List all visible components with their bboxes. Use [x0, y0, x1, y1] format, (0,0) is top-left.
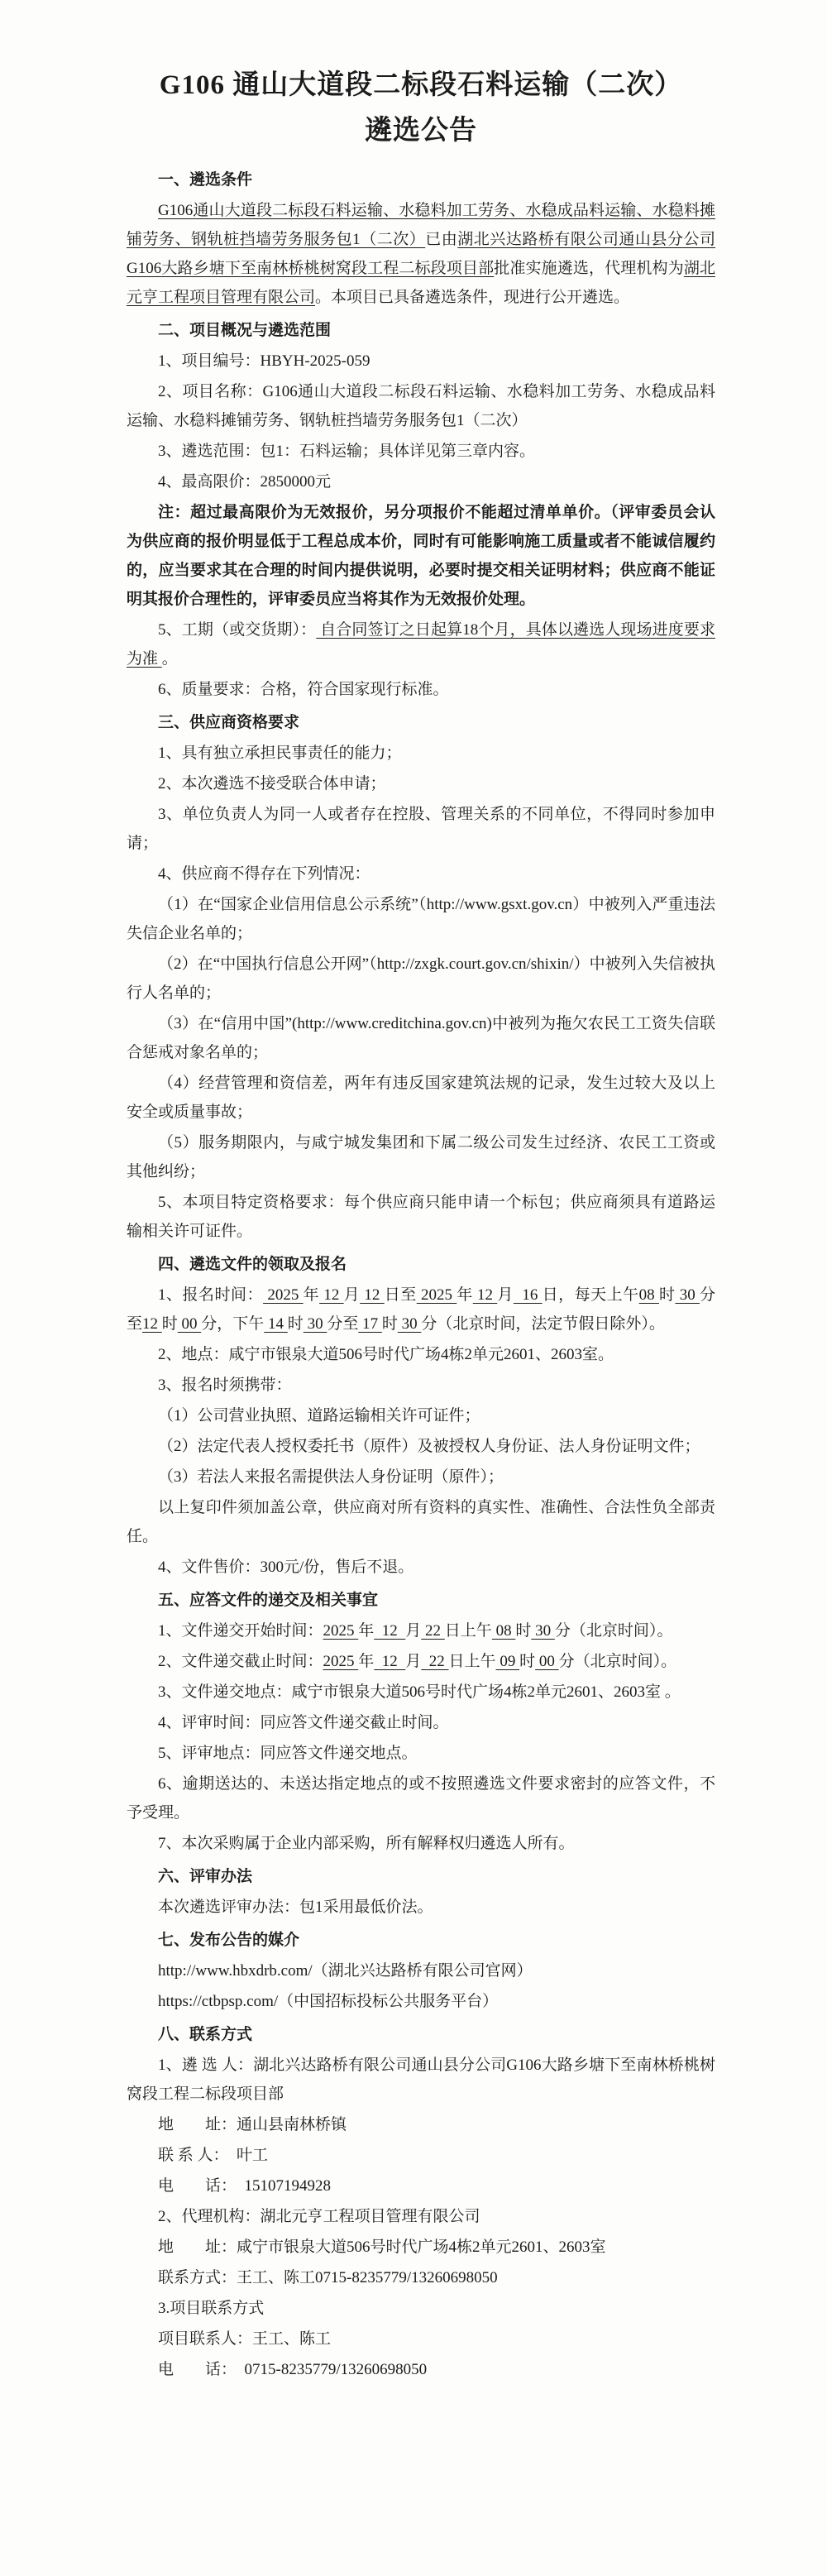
heading-project-overview: 二、项目概况与遴选范围	[127, 316, 715, 345]
text-run: 日，每天上午	[543, 1286, 639, 1304]
text-run: 联 系 人： 叶工	[158, 2147, 268, 2164]
text-run: 7、本次采购属于企业内部采购，所有解释权归遴选人所有。	[158, 1835, 575, 1852]
text-run: （1）公司营业执照、道路运输相关许可证件；	[158, 1407, 480, 1424]
text-run: 分（北京时间，法定节假日除外）。	[421, 1315, 665, 1333]
text-run: 。本项目已具备遴选条件，现进行公开遴选。	[315, 289, 629, 306]
text-run: 4、供应商不得存在下列情况：	[158, 865, 370, 883]
underlined-text-run: 30	[531, 1622, 555, 1640]
item-registration-bring: 3、报名时须携带：	[127, 1371, 715, 1400]
contact-project-person: 项目联系人：王工、陈工	[127, 2325, 715, 2353]
subitem-poor-management: （4）经营管理和资信差，两年有违反国家建筑法规的记录，发生过较大及以上安全或质量…	[127, 1069, 715, 1127]
text-run: 时	[288, 1315, 304, 1333]
text-run: 地 址：通山县南林桥镇	[158, 2116, 347, 2133]
text-run: 月	[497, 1286, 514, 1304]
text-run: 八、联系方式	[158, 2026, 252, 2043]
heading-contact: 八、联系方式	[127, 2020, 715, 2049]
page-title-line-2: 遴选公告	[127, 108, 715, 154]
heading-supplier-qualification: 三、供应商资格要求	[127, 708, 715, 737]
document-body: 一、遴选条件G106通山大道段二标段石料运输、水稳料加工劳务、水稳成品料运输、水…	[127, 165, 715, 2384]
underlined-text-run: 00	[535, 1653, 559, 1670]
item-qual-situations: 4、供应商不得存在下列情况：	[127, 859, 715, 888]
text-run: 3、文件递交地点：咸宁市银泉大道506号时代广场4栋2单元2601、2603室 …	[158, 1683, 681, 1701]
underlined-text-run: 08	[492, 1622, 516, 1640]
media-url-ctbpsp: https://ctbpsp.com/（中国招标投标公共服务平台）	[127, 1987, 715, 2016]
heading-document-collection: 四、遴选文件的领取及报名	[127, 1250, 715, 1279]
text-run: 一、遴选条件	[158, 171, 252, 189]
item-overdue-rejected: 6、逾期送达的、未送达指定地点的或不按照遴选文件要求密封的应答文件，不予受理。	[127, 1769, 715, 1827]
text-run: 七、发布公告的媒介	[158, 1932, 299, 1949]
text-run: 时	[515, 1622, 531, 1640]
text-run: 3、报名时须携带：	[158, 1377, 292, 1394]
subitem-credit-china: （3）在“信用中国”(http://www.creditchina.gov.cn…	[127, 1009, 715, 1067]
text-run: 3.项目联系方式	[158, 2300, 264, 2317]
text-run: 1、遴 选 人：湖北兴达路桥有限公司通山县分公司G106大路乡塘下至南林桥桃树窝…	[127, 2056, 715, 2103]
heading-response-submission: 五、应答文件的递交及相关事宜	[127, 1586, 715, 1615]
underlined-text-run: 09	[496, 1653, 520, 1670]
text-run: 本次遴选评审办法：包1采用最低价法。	[158, 1898, 433, 1916]
text-run: 日上午	[449, 1653, 496, 1670]
text-run: 三、供应商资格要求	[158, 714, 299, 731]
text-run: （5）服务期限内，与咸宁城发集团和下属二级公司发生过经济、农民工工资或其他纠纷；	[127, 1134, 715, 1180]
underlined-text-run: 00	[178, 1315, 202, 1333]
underlined-text-run: 22	[421, 1653, 448, 1670]
contact-agency-address: 地 址：咸宁市银泉大道506号时代广场4栋2单元2601、2603室	[127, 2233, 715, 2262]
text-run: 月	[344, 1286, 361, 1304]
underlined-text-run: 16	[514, 1286, 543, 1304]
item-submit-start: 1、文件递交开始时间：2025 年 12 月 22 日上午 08 时 30 分（…	[127, 1616, 715, 1645]
text-run: 批准实施遴选，代理机构为	[494, 260, 684, 277]
heading-review-method: 六、评审办法	[127, 1862, 715, 1891]
item-qual-civil-liability: 1、具有独立承担民事责任的能力；	[127, 739, 715, 768]
underlined-text-run: 12	[374, 1622, 405, 1640]
bring-legal-person-id: （3）若法人来报名需提供法人身份证明（原件）；	[127, 1463, 715, 1491]
text-run: 日上午	[445, 1622, 492, 1640]
item-project-number: 1、项目编号：HBYH-2025-059	[127, 347, 715, 376]
underlined-text-run: 2025	[263, 1286, 304, 1304]
underlined-text-run: 2025	[323, 1653, 359, 1670]
para-copies-seal: 以上复印件须加盖公章，供应商对所有资料的真实性、准确性、合法性负全部责任。	[127, 1493, 715, 1551]
contact-project-phone: 电 话： 0715-8235779/13260698050	[127, 2355, 715, 2384]
item-qual-same-leader: 3、单位负责人为同一人或者存在控股、管理关系的不同单位，不得同时参加申请；	[127, 800, 715, 858]
item-project-name: 2、项目名称：G106通山大道段二标段石料运输、水稳料加工劳务、水稳成品料运输、…	[127, 377, 715, 435]
text-run: （3）若法人来报名需提供法人身份证明（原件）；	[158, 1468, 504, 1486]
item-review-place: 5、评审地点：同应答文件递交地点。	[127, 1739, 715, 1768]
text-run: 二、项目概况与遴选范围	[158, 322, 331, 339]
item-registration-time: 1、报名时间： 2025 年 12 月 12 日至 2025 年 12 月 16…	[127, 1281, 715, 1338]
text-run: （1）在“国家企业信用信息公示系统”（http://www.gsxt.gov.c…	[127, 896, 715, 942]
note-invalid-quotation: 注：超过最高限价为无效报价，另分项报价不能超过清单单价。（评审委员会认为供应商的…	[127, 498, 715, 614]
media-url-hbxdrb: http://www.hbxdrb.com/（湖北兴达路桥有限公司官网）	[127, 1956, 715, 1985]
text-run: 5、工期（或交货期）：	[158, 621, 316, 639]
text-run: 分至	[327, 1315, 358, 1333]
text-run: 6、逾期送达的、未送达指定地点的或不按照遴选文件要求密封的应答文件，不予受理。	[127, 1775, 715, 1822]
underlined-text-run: 2025	[323, 1622, 359, 1640]
underlined-text-run: 12	[360, 1286, 385, 1304]
contact-selector: 1、遴 选 人：湖北兴达路桥有限公司通山县分公司G106大路乡塘下至南林桥桃树窝…	[127, 2051, 715, 2109]
underlined-text-run: 30	[304, 1315, 327, 1333]
text-run: 4、文件售价：300元/份，售后不退。	[158, 1559, 413, 1576]
text-run: 分（北京时间）。	[559, 1653, 677, 1670]
contact-selector-phone: 电 话： 15107194928	[127, 2171, 715, 2200]
text-run: 注：超过最高限价为无效报价，另分项报价不能超过清单单价。（评审委员会认为供应商的…	[127, 504, 715, 608]
text-run: 年	[457, 1286, 473, 1304]
text-run: 地 址：咸宁市银泉大道506号时代广场4栋2单元2601、2603室	[158, 2238, 606, 2256]
text-run: 1、项目编号：HBYH-2025-059	[158, 352, 370, 370]
item-qual-specific: 5、本项目特定资格要求：每个供应商只能申请一个标包；供应商须具有道路运输相关许可…	[127, 1188, 715, 1246]
underlined-text-run: 17	[358, 1315, 382, 1333]
contact-agency: 2、代理机构：湖北元亨工程项目管理有限公司	[127, 2202, 715, 2231]
heading-selection-conditions: 一、遴选条件	[127, 165, 715, 194]
contact-project-heading: 3.项目联系方式	[127, 2294, 715, 2323]
text-run: 时	[659, 1286, 676, 1304]
text-run: 分，下午	[201, 1315, 264, 1333]
item-duration: 5、工期（或交货期）： 自合同签订之日起算18个月，具体以遴选人现场进度要求为准…	[127, 615, 715, 673]
text-run: 3、遴选范围：包1：石料运输；具体详见第三章内容。	[158, 443, 535, 460]
text-run: （4）经营管理和资信差，两年有违反国家建筑法规的记录，发生过较大及以上安全或质量…	[127, 1075, 715, 1121]
text-run: http://www.hbxdrb.com/（湖北兴达路桥有限公司官网）	[158, 1962, 533, 1980]
contact-agency-contact: 联系方式：王工、陈工0715-8235779/13260698050	[127, 2263, 715, 2292]
text-run: 1、文件递交开始时间：	[158, 1622, 323, 1640]
item-quality: 6、质量要求：合格，符合国家现行标准。	[127, 675, 715, 704]
text-run: 月	[405, 1622, 421, 1640]
text-run: 时	[382, 1315, 398, 1333]
text-run: 6、质量要求：合格，符合国家现行标准。	[158, 681, 449, 698]
text-run: 联系方式：王工、陈工0715-8235779/13260698050	[158, 2269, 498, 2286]
text-run: 五、应答文件的递交及相关事宜	[158, 1592, 378, 1609]
item-document-price: 4、文件售价：300元/份，售后不退。	[127, 1553, 715, 1582]
text-run: 5、本项目特定资格要求：每个供应商只能申请一个标包；供应商须具有道路运输相关许可…	[127, 1194, 715, 1240]
text-run: 日至	[385, 1286, 417, 1304]
underlined-text-run: 22	[421, 1622, 445, 1640]
bring-authorization: （2）法定代表人授权委托书（原件）及被授权人身份证、法人身份证明文件；	[127, 1432, 715, 1461]
item-registration-place: 2、地点：咸宁市银泉大道506号时代广场4栋2单元2601、2603室。	[127, 1340, 715, 1369]
para-review-method: 本次遴选评审办法：包1采用最低价法。	[127, 1893, 715, 1922]
text-run: 2、本次遴选不接受联合体申请；	[158, 775, 386, 792]
text-run: 时	[519, 1653, 535, 1670]
text-run: 。	[162, 650, 178, 668]
page-title-line-1: G106 通山大道段二标段石料运输（二次）	[127, 63, 715, 108]
item-selection-scope: 3、遴选范围：包1：石料运输；具体详见第三章内容。	[127, 437, 715, 466]
underlined-text-run: 08	[639, 1286, 659, 1304]
text-run: 2、代理机构：湖北元亨工程项目管理有限公司	[158, 2208, 480, 2225]
underlined-text-run: 12	[374, 1653, 405, 1670]
text-run: 4、评审时间：同应答文件递交截止时间。	[158, 1714, 449, 1731]
announcement-document: G106 通山大道段二标段石料运输（二次） 遴选公告 一、遴选条件G106通山大…	[0, 0, 827, 2576]
item-qual-no-consortium: 2、本次遴选不接受联合体申请；	[127, 769, 715, 798]
underlined-text-run: 12	[142, 1315, 162, 1333]
text-run: 2、文件递交截止时间：	[158, 1653, 323, 1670]
text-run: 时	[162, 1315, 178, 1333]
contact-selector-address: 地 址：通山县南林桥镇	[127, 2110, 715, 2139]
underlined-text-run: 12	[319, 1286, 344, 1304]
subitem-disputes: （5）服务期限内，与咸宁城发集团和下属二级公司发生过经济、农民工工资或其他纠纷；	[127, 1128, 715, 1186]
text-run: 年	[358, 1622, 374, 1640]
subitem-credit-system: （1）在“国家企业信用信息公示系统”（http://www.gsxt.gov.c…	[127, 890, 715, 948]
item-internal-procurement: 7、本次采购属于企业内部采购，所有解释权归遴选人所有。	[127, 1829, 715, 1858]
underlined-text-run: 12	[473, 1286, 498, 1304]
text-run: 3、单位负责人为同一人或者存在控股、管理关系的不同单位，不得同时参加申请；	[127, 806, 715, 852]
text-run: 2、项目名称：G106通山大道段二标段石料运输、水稳料加工劳务、水稳成品料运输、…	[127, 383, 715, 429]
text-run: 2、地点：咸宁市银泉大道506号时代广场4栋2单元2601、2603室。	[158, 1346, 614, 1363]
item-review-time: 4、评审时间：同应答文件递交截止时间。	[127, 1708, 715, 1737]
item-submit-place: 3、文件递交地点：咸宁市银泉大道506号时代广场4栋2单元2601、2603室 …	[127, 1678, 715, 1707]
underlined-text-run: 30	[675, 1286, 700, 1304]
text-run: 以上复印件须加盖公章，供应商对所有资料的真实性、准确性、合法性负全部责任。	[127, 1499, 715, 1545]
text-run: （2）法定代表人授权委托书（原件）及被授权人身份证、法人身份证明文件；	[158, 1438, 700, 1455]
text-run: 电 话： 0715-8235779/13260698050	[158, 2361, 427, 2378]
text-run: 4、最高限价：2850000元	[158, 473, 331, 491]
underlined-text-run: 2025	[417, 1286, 457, 1304]
heading-announcement-media: 七、发布公告的媒介	[127, 1926, 715, 1955]
text-run: （3）在“信用中国”(http://www.creditchina.gov.cn…	[127, 1015, 715, 1061]
bring-business-license: （1）公司营业执照、道路运输相关许可证件；	[127, 1401, 715, 1430]
subitem-court-enforcement: （2）在“中国执行信息公开网”（http://zxgk.court.gov.cn…	[127, 950, 715, 1008]
text-run: 月	[405, 1653, 421, 1670]
item-submit-deadline: 2、文件递交截止时间：2025 年 12 月 22 日上午 09 时 00 分（…	[127, 1647, 715, 1676]
text-run: 四、遴选文件的领取及报名	[158, 1256, 347, 1273]
text-run: 年	[304, 1286, 320, 1304]
text-run: 1、具有独立承担民事责任的能力；	[158, 745, 402, 762]
text-run: 1、报名时间：	[158, 1286, 263, 1304]
contact-selector-person: 联 系 人： 叶工	[127, 2141, 715, 2170]
text-run: （2）在“中国执行信息公开网”（http://zxgk.court.gov.cn…	[127, 955, 715, 1002]
text-run: 已由	[425, 231, 457, 248]
text-run: 项目联系人：王工、陈工	[158, 2330, 331, 2348]
underlined-text-run: 30	[398, 1315, 422, 1333]
page-title: G106 通山大道段二标段石料运输（二次） 遴选公告	[127, 63, 715, 154]
para-selection-conditions: G106通山大道段二标段石料运输、水稳料加工劳务、水稳成品料运输、水稳料摊铺劳务…	[127, 196, 715, 312]
item-max-price: 4、最高限价：2850000元	[127, 467, 715, 496]
text-run: 5、评审地点：同应答文件递交地点。	[158, 1745, 418, 1762]
text-run: 六、评审办法	[158, 1868, 252, 1885]
text-run: 年	[358, 1653, 374, 1670]
text-run: 分（北京时间）。	[555, 1622, 673, 1640]
text-run: https://ctbpsp.com/（中国招标投标公共服务平台）	[158, 1993, 498, 2010]
underlined-text-run: 14	[264, 1315, 288, 1333]
text-run: 电 话： 15107194928	[158, 2177, 331, 2195]
